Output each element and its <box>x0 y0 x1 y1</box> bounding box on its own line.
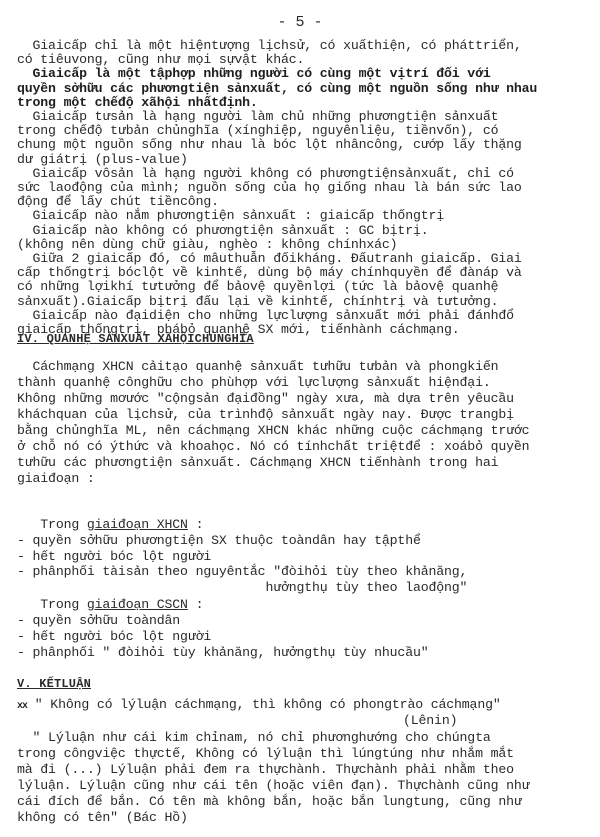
text-line: " Lýluận như cái kim chỉnam, nó chỉ phươ… <box>17 730 491 746</box>
section-iv-heading: IV. QUANHỆ SẢNXUẤT XÃHỘICHỦNGHĨA <box>17 331 254 347</box>
list-item: - hết người bóc lột người <box>17 629 211 645</box>
phase-cscn-label: Trong giaiđoạn CSCN : <box>17 597 203 613</box>
text-line: kháchquan của lịchsử, của trìnhđộ sảnxuấ… <box>17 407 514 423</box>
bullet-mark-icon: xx <box>17 701 27 712</box>
text-line: Không những mơước "cộngsản đạiđồng" ngày… <box>17 391 514 407</box>
list-item: - phânphối " đòihỏi tùy khảnăng, hưởngth… <box>17 645 428 661</box>
text-line: cái đích để bắn. Có tên mà không bắn, ho… <box>17 794 522 810</box>
list-item: - hết người bóc lột người <box>17 549 211 565</box>
text-line: lýluận. Lýluận cũng như cái tên (hoặc vi… <box>17 778 529 794</box>
text-line: trong côngviệc thựctế, Không có lýluận t… <box>17 746 514 762</box>
text-line: bằng chủnghĩa ML, nên cáchmạng XHCN khác… <box>17 423 529 439</box>
section-v-heading: V. KẾTLUẬN <box>17 676 91 692</box>
text-line: Cáchmạng XHCN cảitạo quanhệ sảnxuất tưhữ… <box>17 359 498 375</box>
lenin-attribution: (Lênin) <box>403 713 457 729</box>
list-item: - quyền sởhữu toàndân <box>17 613 180 629</box>
document-page: - 5 - Giaicấp chỉ là một hiệntượng lịchs… <box>0 0 600 837</box>
list-item: - phânphối tàisản theo nguyêntắc "đòihỏi… <box>17 564 467 580</box>
list-item: hưởngthụ tùy theo laođộng" <box>17 580 467 596</box>
text-line: giaiđoạn : <box>17 471 95 487</box>
text-line: tưhữu các phươngtiện sảnxuất. Cáchmạng X… <box>17 455 498 471</box>
list-item: - quyền sởhữu phươngtiện SX thuộc toàndâ… <box>17 533 421 549</box>
text-line: không có tên" (Bác Hồ) <box>17 810 188 826</box>
text-line: mà đi (...) Lýluận phải đem ra thựchành.… <box>17 762 514 778</box>
text-line: thành quanhệ cônghữu cho phùhợp với lựcl… <box>17 375 491 391</box>
page-number: - 5 - <box>0 14 600 31</box>
phase-xhcn-label: Trong giaiđoạn XHCN : <box>17 517 203 533</box>
text-line: ở chỗ nó có ýthức và khoahọc. Nó có tính… <box>17 439 529 455</box>
